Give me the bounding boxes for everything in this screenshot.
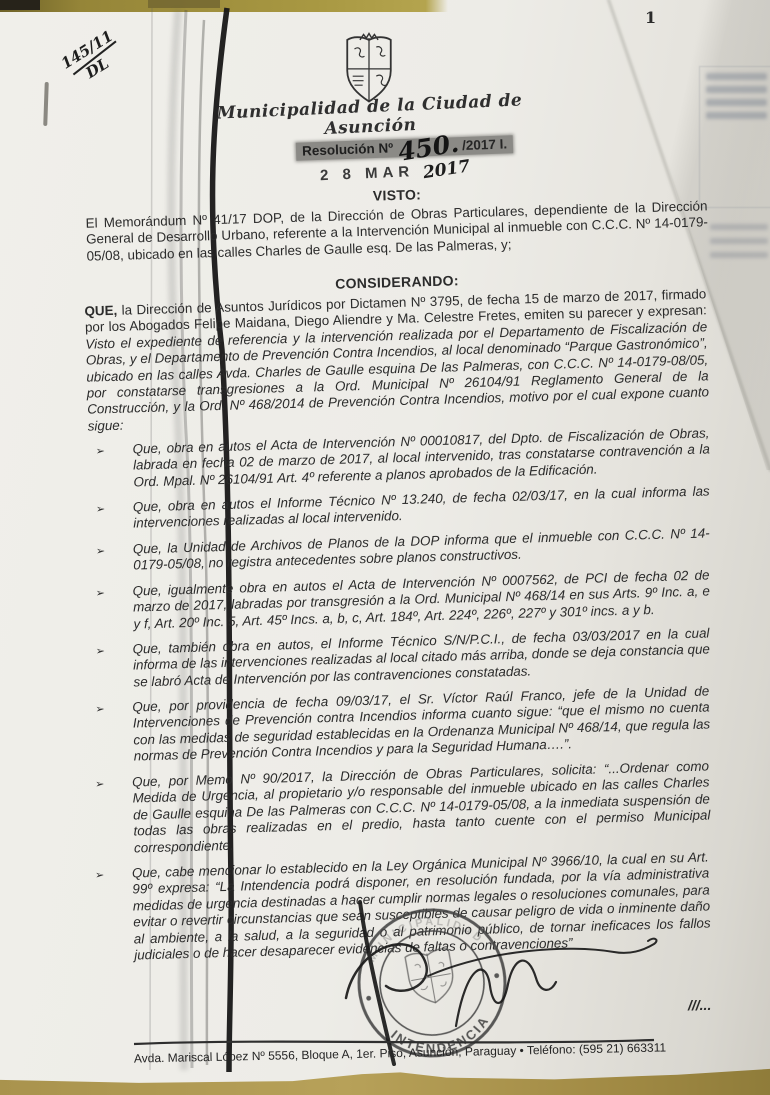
bullet-text: Que, por Memo Nº 90/2017, la Dirección d… <box>132 758 711 856</box>
municipal-coat-of-arms <box>340 32 398 104</box>
bullet-item-2: ➢Que, obra en autos el Informe Técnico N… <box>96 484 711 534</box>
bullet-text: Que, por providencia de fecha 09/03/17, … <box>132 684 711 766</box>
resolution-line: Resolución Nº 450. /2017 I. <box>296 135 514 161</box>
scanned-resolution-page: 1 145/11 DL Municipalidad de la Ciudad d… <box>0 0 770 1095</box>
bullet-text: Que, obra en autos el Acta de Intervenci… <box>132 425 710 490</box>
arrow-bullet-icon: ➢ <box>95 865 135 964</box>
bullet-item-6: ➢Que, por providencia de fecha 09/03/17,… <box>95 684 711 767</box>
date-year-handwritten: 2017 <box>421 156 471 183</box>
arrow-bullet-icon: ➢ <box>96 500 134 534</box>
handwritten-file-note: 145/11 DL <box>59 29 126 89</box>
date-stamp: 2 8 MAR <box>320 163 415 184</box>
bullet-item-5: ➢Que, también obra en autos, el Informe … <box>95 626 710 692</box>
date-line: 2 8 MAR 2017 <box>320 159 471 186</box>
arrow-bullet-icon: ➢ <box>95 774 134 857</box>
continuation-mark: ///... <box>688 997 711 1013</box>
arrow-bullet-icon: ➢ <box>95 642 133 692</box>
bleedthrough-stamp <box>699 66 770 208</box>
bullet-item-4: ➢Que, igualmente obra en autos el Acta d… <box>95 567 710 633</box>
arrow-bullet-icon: ➢ <box>95 583 133 633</box>
bullet-item-1: ➢Que, obra en autos el Acta de Intervenc… <box>95 425 710 491</box>
bullet-item-3: ➢Que, la Unidad de Archivos de Planos de… <box>96 525 711 575</box>
bullet-item-7: ➢Que, por Memo Nº 90/2017, la Dirección … <box>95 758 711 857</box>
pen-mark <box>43 82 49 126</box>
arrow-bullet-icon: ➢ <box>95 700 134 767</box>
bullet-text: Que, igualmente obra en autos el Acta de… <box>132 567 710 632</box>
considerando-quote: Visto el expediente de referencia y la i… <box>85 319 709 433</box>
resolution-suffix: /2017 I. <box>462 136 508 153</box>
arrow-bullet-icon: ➢ <box>96 542 134 576</box>
resolution-label: Resolución Nº <box>302 140 394 158</box>
page-number: 1 <box>645 8 656 27</box>
bullet-text: Que, la Unidad de Archivos de Planos de … <box>133 525 711 574</box>
bullet-text: Que, obra en autos el Informe Técnico Nº… <box>133 484 711 533</box>
considerando-lead: QUE, <box>84 303 117 319</box>
desk-band-top <box>0 0 448 12</box>
arrow-bullet-icon: ➢ <box>95 442 133 492</box>
considerando-paragraph: QUE, la Dirección de Asuntos Jurídicos p… <box>84 286 709 435</box>
bullet-text: Que, también obra en autos, el Informe T… <box>132 626 710 691</box>
bleedthrough-stamp-2 <box>706 216 770 286</box>
desk-patch <box>148 0 220 8</box>
desk-corner-dark <box>0 0 40 10</box>
